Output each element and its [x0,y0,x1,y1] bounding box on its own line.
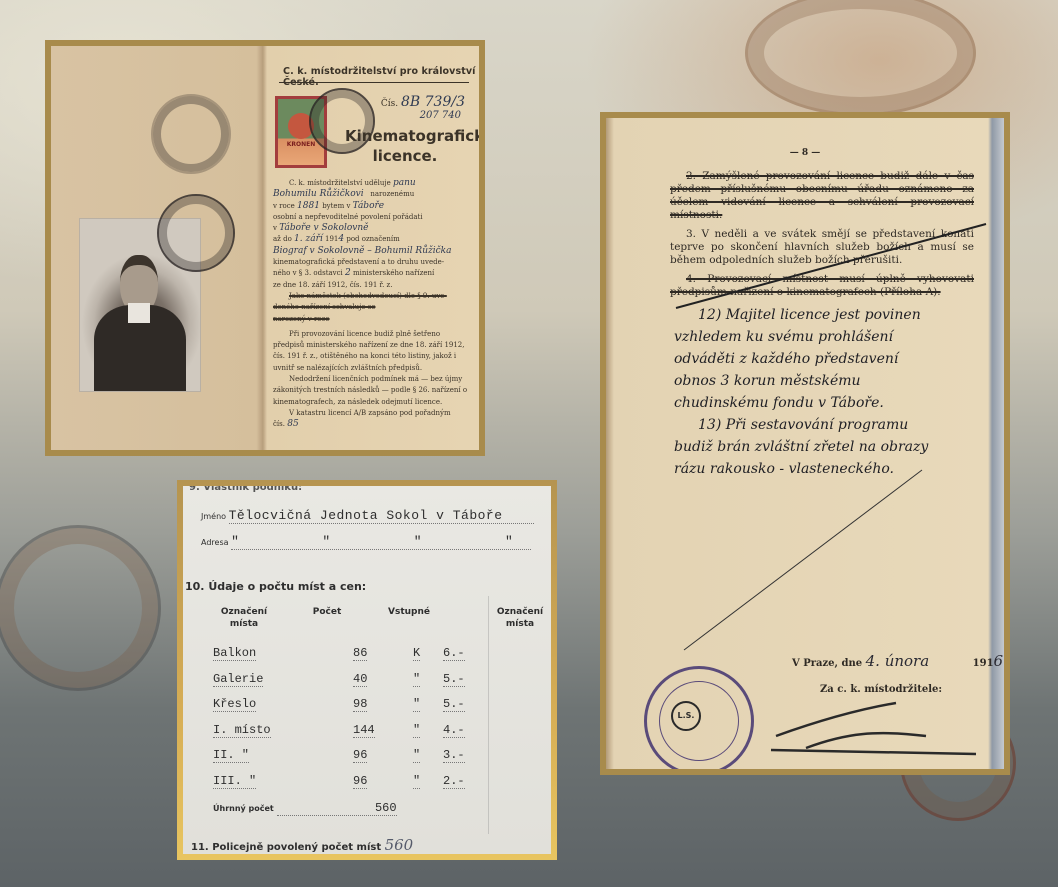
seat-place: Galerie [213,672,263,687]
number-sub: 207 740 [420,110,461,121]
address-label: Adresa [201,538,229,547]
handwritten-section: 2 [345,268,351,278]
license-right-page: C. k. místodržitelství pro království Če… [265,46,479,450]
handwritten-designation: Biograf v Sokolovně – Bohumil Růžička [273,246,452,256]
background-seal-top-right [745,0,976,116]
seat-place: III. " [213,774,256,789]
seat-count: 40 [353,672,367,687]
section-10-label: 10. Údaje o počtu míst a cen: [185,580,366,593]
section-11-value: 560 [385,836,414,854]
background-seal-bottom-left [0,525,161,691]
license-booklet: C. k. místodržitelství pro království Če… [51,46,479,450]
owner-address-row: Adresa " " " " [201,534,531,550]
year-prefix: 191 [973,658,994,669]
total-label: Úhrnný počet [213,804,274,813]
handwritten-text: panu [393,178,416,188]
printed-text: ného v § 3. odstavci [273,269,343,277]
total-value: 560 [277,801,397,816]
owner-name-row: Jméno Tělocvičná Jednota Sokol v Táboře [201,508,534,524]
seat-currency: " [413,672,420,687]
seat-place: II. " [213,748,249,763]
handwritten-venue: Táboře v Sokolovně [279,223,368,233]
cadastre-label: čís. [273,420,285,428]
struck-line: narozený v roce [273,314,471,325]
seat-price: 5.- [443,672,465,687]
handwritten-year-digit: 4 [338,234,344,244]
faint-stamp [151,94,231,174]
seat-currency: " [413,748,420,763]
portrait-collar [128,303,150,323]
year-handwritten: 6 [994,652,1004,670]
seat-price: 4.- [443,723,465,738]
printed-text: pod označením [346,235,399,243]
photo-seal-stamp [157,194,235,272]
authority-header: C. k. místodržitelství pro království Če… [283,66,479,88]
date-handwritten: 4. února [866,652,930,670]
printed-text: bytem v [322,202,350,210]
seat-price: 5.- [443,697,465,712]
handwritten-date: 1. září [294,234,323,244]
for-authority-label: Za c. k. místodržitele: [820,684,942,695]
printed-text: až do [273,235,292,243]
owner-address-value: " " " " [231,534,531,550]
seat-form-frame: 9. Vlastník podniku: Jméno Tělocvičná Je… [177,480,557,860]
seat-currency: " [413,697,420,712]
cadastre-text: V katastru licencí A/B zapsáno pod pořad… [289,409,451,417]
column-header-count: Počet [307,606,347,618]
cadastre-value: 85 [287,419,298,429]
license-left-page [51,46,261,450]
header-rule [279,82,469,83]
handwritten-year: 1881 [297,201,320,211]
total-row: Úhrnný počet 560 [213,801,397,816]
name-label: Jméno [201,512,226,521]
license-paragraph-1: Při provozování licence budiž plně šetře… [273,329,471,374]
seat-currency: " [413,723,420,738]
printed-text: ze dne 18. září 1912, čís. 191 ř. z. [273,281,392,289]
license-body: C. k. místodržitelství uděluje panu Bohu… [273,178,471,431]
title-line-2: licence. [345,146,465,166]
seat-count: 96 [353,774,367,789]
handwritten-name: Bohumilu Růžičkovi [273,189,364,199]
section-9-label: 9. Vlastník podniku: [189,486,302,493]
seat-count: 98 [353,697,367,712]
struck-line: deného nařízení schvaluje se [273,302,471,313]
license-booklet-frame: C. k. místodržitelství pro království Če… [45,40,485,456]
struck-line: Jako náměstek (obchodvedoucí) dle § 9. u… [273,291,471,302]
printed-text: v [273,224,277,232]
seat-place: I. místo [213,723,271,738]
printed-text: 191 [325,235,338,243]
printed-text: kinematografická představení a to druhu … [273,258,444,266]
license-title: Kinematografická licence. [345,126,465,166]
printed-text: narozenému [370,190,414,198]
handwritten-town: Táboře [353,201,384,211]
number-value: 8B 739/3 [401,94,465,110]
seat-currency: " [413,774,420,789]
column-divider [488,596,489,834]
seat-price: 6.- [443,646,465,661]
license-number: Čís. 8B 739/3 [381,94,465,110]
printed-text: osobní a nepřevoditelné povolení pořádat… [273,213,423,221]
conditions-page-frame: — 8 — 2. Zamýšlené provozování licence b… [600,112,1010,775]
printed-text: C. k. místodržitelství uděluje [289,179,391,187]
conditions-page: — 8 — 2. Zamýšlené provozování licence b… [606,118,1004,769]
official-seal: L.S. [644,666,754,769]
seat-count: 86 [353,646,367,661]
seat-price: 2.- [443,774,465,789]
title-line-1: Kinematografická [345,126,465,146]
seat-price: 3.- [443,748,465,763]
seat-place: Křeslo [213,697,256,712]
section-11-row: 11. Policejně povolený počet míst 560 [191,836,413,854]
number-label: Čís. [381,99,398,109]
seat-count: 96 [353,748,367,763]
place-date-prefix: V Praze, dne [792,658,862,669]
column-header-place: Označení místa [209,606,279,630]
printed-text: ministerského nařízení [353,269,434,277]
section-11-label: 11. Policejně povolený počet míst [191,842,381,853]
seat-count: 144 [353,723,375,738]
column-header-place-2: Označení místa [489,606,551,630]
place-date: V Praze, dne 4. února 1916 [792,652,1003,670]
license-paragraph-2: Nedodržení licenčních podmínek má — bez … [273,374,471,408]
seat-form: 9. Vlastník podniku: Jméno Tělocvičná Je… [183,486,551,854]
seat-currency: K [413,646,420,661]
seal-center: L.S. [671,701,701,731]
printed-text: v roce [273,202,295,210]
owner-name-value: Tělocvičná Jednota Sokol v Táboře [229,508,534,524]
column-header-price: Vstupné [379,606,439,618]
strike-lines [606,118,1004,769]
seat-place: Balkon [213,646,256,661]
